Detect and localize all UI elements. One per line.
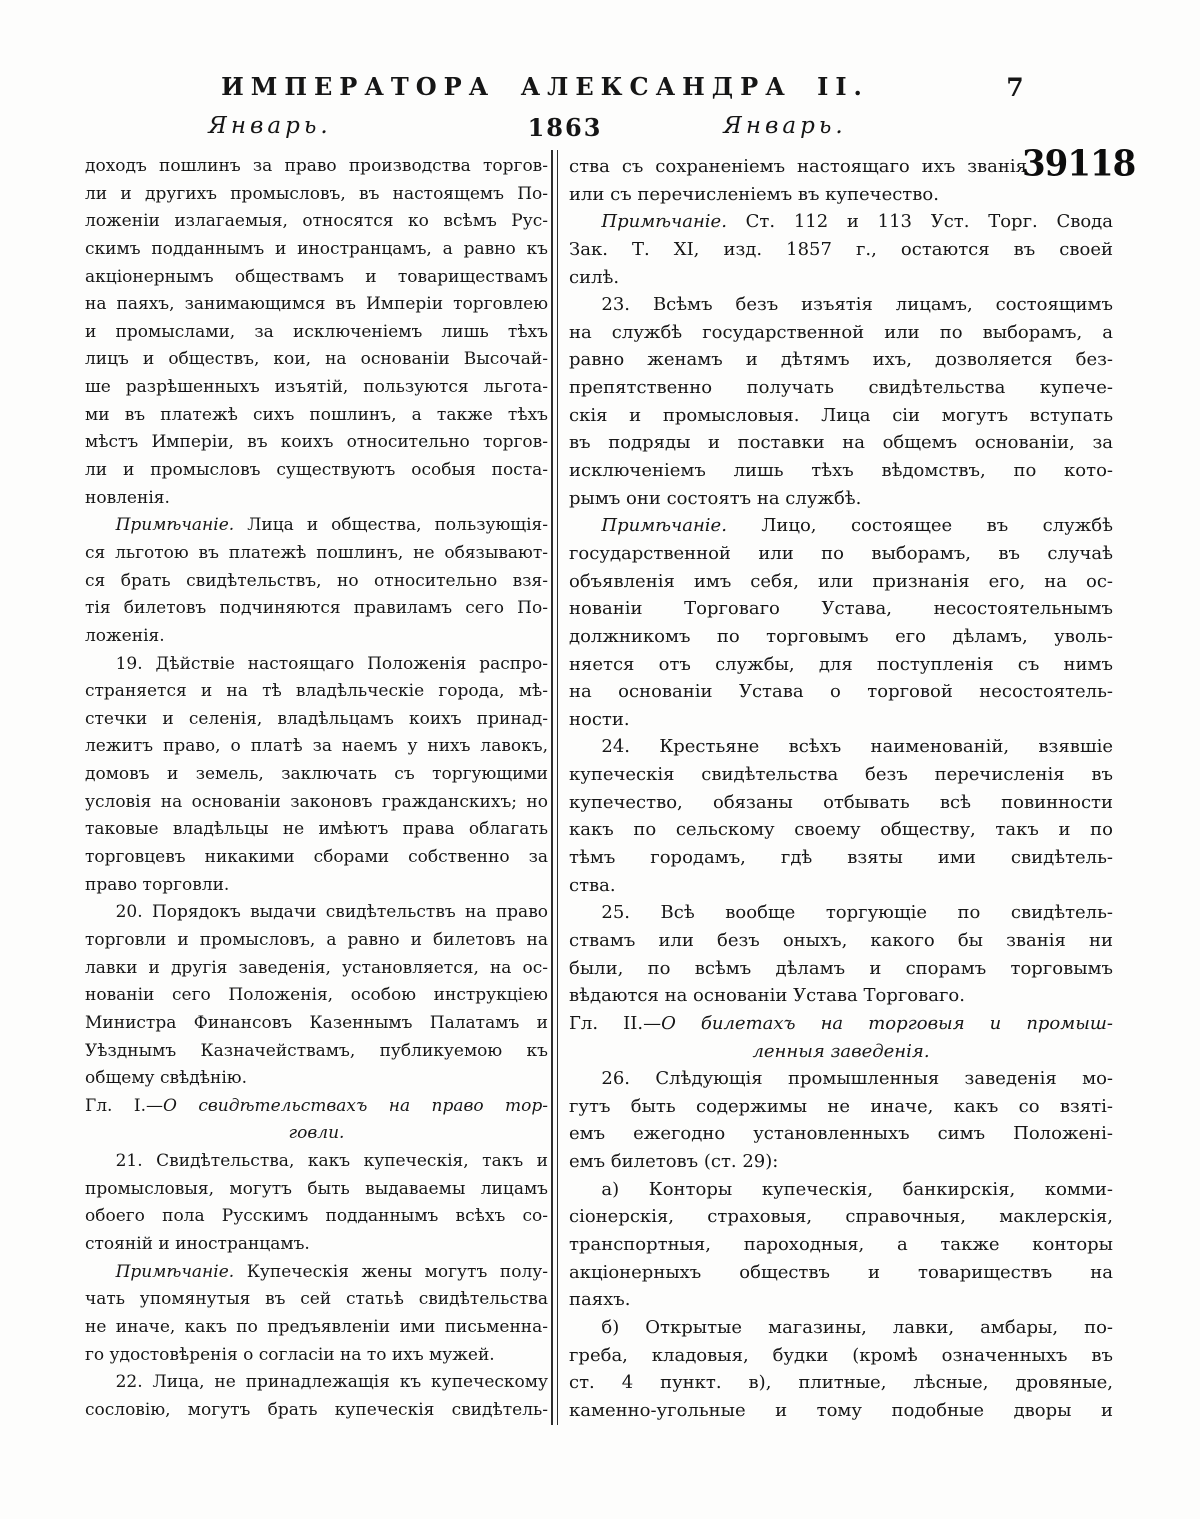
text-line: таковые владѣльцы не имѣютъ права облага… (85, 816, 548, 844)
right-column: ства съ сохраненіемъ настоящаго ихъ зван… (569, 153, 1113, 1424)
text-line: 24. Крестьяне всѣхъ наименованій, взявші… (569, 733, 1113, 761)
month-label-left: Январь. (185, 113, 355, 139)
text-line: акціонернымъ обществамъ и товариществамъ (85, 264, 548, 292)
month-label-right: Январь. (700, 113, 870, 139)
text-line: ся брать свидѣтельствъ, но относительно … (85, 568, 548, 596)
page-title: ИМПЕРАТОРА АЛЕКСАНДРА II. (60, 72, 1030, 101)
text-line: Примѣчаніе. Ст. 112 и 113 Уст. Торг. Сво… (569, 208, 1113, 236)
text-line: торговцевъ никакими сборами собственно з… (85, 844, 548, 872)
text-line: были, по всѣмъ дѣламъ и спорамъ торговым… (569, 955, 1113, 983)
text-line: ложенія. (85, 623, 548, 651)
text-line: ше разрѣшенныхъ изъятій, пользуются льго… (85, 374, 548, 402)
text-line: Примѣчаніе. Купеческія жены могутъ полу- (85, 1259, 548, 1287)
text-line: емъ ежегодно установленныхъ симъ Положен… (569, 1120, 1113, 1148)
page-number: 7 (990, 73, 1040, 102)
text-line: няется отъ службы, для поступленія съ ни… (569, 651, 1113, 679)
column-divider (551, 150, 558, 1425)
text-line: тѣмъ городамъ, гдѣ взяты ими свидѣтель- (569, 844, 1113, 872)
text-line: стечки и селенія, владѣльцамъ коихъ прин… (85, 706, 548, 734)
text-line: силѣ. (569, 264, 1113, 292)
text-line: какъ по сельскому своему обществу, такъ … (569, 816, 1113, 844)
text-line: нованіи сего Положенія, особою инструкці… (85, 982, 548, 1010)
text-line: объявленія имъ себя, или признанія его, … (569, 568, 1113, 596)
text-line: скія и промысловыя. Лица сіи могутъ всту… (569, 402, 1113, 430)
year-label: 1863 (505, 113, 625, 142)
text-line: препятственно получать свидѣтельства куп… (569, 374, 1113, 402)
text-line: исключеніемъ лишь тѣхъ вѣдомствъ, по кот… (569, 457, 1113, 485)
text-line: лицъ и обществъ, кои, на основаніи Высоч… (85, 346, 548, 374)
text-line: или съ перечисленіемъ въ купечество. (569, 181, 1113, 209)
text-line: на службѣ государственной или по выборам… (569, 319, 1113, 347)
text-line: лежитъ право, о платѣ за наемъ у нихъ ла… (85, 733, 548, 761)
text-line: купеческія свидѣтельства безъ перечислен… (569, 761, 1113, 789)
text-line: страняется и на тѣ владѣльческіе города,… (85, 678, 548, 706)
text-line: сіонерскія, страховыя, справочныя, макле… (569, 1203, 1113, 1231)
text-line: ности. (569, 706, 1113, 734)
text-line: греба, кладовыя, будки (кромѣ означенных… (569, 1342, 1113, 1370)
text-line: Гл. II.—О билетахъ на торговыя и промыш- (569, 1010, 1113, 1038)
text-line: стояній и иностранцамъ. (85, 1231, 548, 1259)
text-line: ми въ платежѣ сихъ пошлинъ, а также тѣхъ (85, 402, 548, 430)
text-line: нованіи Торговаго Устава, несостоятельны… (569, 595, 1113, 623)
text-line: 23. Всѣмъ безъ изъятія лицамъ, состоящим… (569, 291, 1113, 319)
text-line: право торговли. (85, 872, 548, 900)
text-line: тія билетовъ подчиняются правиламъ сего … (85, 595, 548, 623)
text-line: 21. Свидѣтельства, какъ купеческія, такъ… (85, 1148, 548, 1176)
scanned-page: ИМПЕРАТОРА АЛЕКСАНДРА II. 7 Январь. 1863… (0, 0, 1200, 1519)
text-line: промысловыя, могутъ быть выдаваемы лицам… (85, 1176, 548, 1204)
text-line: гутъ быть содержимы не иначе, какъ со вз… (569, 1093, 1113, 1121)
text-line: на паяхъ, занимающимся въ Имперіи торгов… (85, 291, 548, 319)
text-line: Зак. Т. XI, изд. 1857 г., остаются въ св… (569, 236, 1113, 264)
text-line: сословію, могутъ брать купеческія свидѣт… (85, 1397, 548, 1425)
text-line: акціонерныхъ обществъ и товариществъ на (569, 1259, 1113, 1287)
text-line: не иначе, какъ по предъявленіи ими письм… (85, 1314, 548, 1342)
text-line: ся льготою въ платежѣ пошлинъ, не обязыв… (85, 540, 548, 568)
text-line: б) Открытые магазины, лавки, амбары, по- (569, 1314, 1113, 1342)
text-line: 25. Всѣ вообще торгующіе по свидѣтель- (569, 899, 1113, 927)
text-line: а) Конторы купеческія, банкирскія, комми… (569, 1176, 1113, 1204)
text-line: ленныя заведенія. (569, 1038, 1113, 1066)
text-line: въ подряды и поставки на общемъ основані… (569, 429, 1113, 457)
text-line: равно женамъ и дѣтямъ ихъ, дозволяется б… (569, 346, 1113, 374)
text-line: го удостовѣренія о согласіи на то ихъ му… (85, 1342, 548, 1370)
text-line: общему свѣдѣнію. (85, 1065, 548, 1093)
text-line: Примѣчаніе. Лицо, состоящее въ службѣ (569, 512, 1113, 540)
text-line: доходъ пошлинъ за право производства тор… (85, 153, 548, 181)
text-line: рымъ они состоятъ на службѣ. (569, 485, 1113, 513)
text-line: домовъ и земель, заключать съ торгующими (85, 761, 548, 789)
text-line: чать упомянутыя въ сей статьѣ свидѣтельс… (85, 1286, 548, 1314)
text-line: государственной или по выборамъ, въ случ… (569, 540, 1113, 568)
text-line: 26. Слѣдующія промышленныя заведенія мо- (569, 1065, 1113, 1093)
text-line: купечество, обязаны отбывать всѣ повинно… (569, 789, 1113, 817)
text-line: вѣдаются на основаніи Устава Торговаго. (569, 982, 1113, 1010)
left-column: доходъ пошлинъ за право производства тор… (85, 153, 548, 1424)
text-line: Примѣчаніе. Лица и общества, пользующія- (85, 512, 548, 540)
text-line: торговли и промысловъ, а равно и билетов… (85, 927, 548, 955)
text-line: ства. (569, 872, 1113, 900)
text-line: условія на основаніи законовъ граждански… (85, 789, 548, 817)
text-line: ли и другихъ промысловъ, въ настоящемъ П… (85, 181, 548, 209)
text-line: новленія. (85, 485, 548, 513)
text-line: ствамъ или безъ оныхъ, какого бы званія … (569, 927, 1113, 955)
text-line: мѣстъ Имперіи, въ коихъ относительно тор… (85, 429, 548, 457)
text-line: паяхъ. (569, 1286, 1113, 1314)
text-line: 19. Дѣйствіе настоящаго Положенія распро… (85, 651, 548, 679)
text-line: 22. Лица, не принадлежащія къ купеческом… (85, 1369, 548, 1397)
text-line: на основаніи Устава о торговой несостоят… (569, 678, 1113, 706)
text-line: скимъ подданнымъ и иностранцамъ, а равно… (85, 236, 548, 264)
text-line: транспортныя, пароходныя, а также контор… (569, 1231, 1113, 1259)
text-line: лавки и другія заведенія, установляется,… (85, 955, 548, 983)
text-line: Уѣзднымъ Казначействамъ, публикуемою къ (85, 1038, 548, 1066)
text-line: ст. 4 пункт. в), плитные, лѣсные, дровян… (569, 1369, 1113, 1397)
text-line: обоего пола Русскимъ подданнымъ всѣхъ со… (85, 1203, 548, 1231)
text-line: говли. (85, 1120, 548, 1148)
text-line: 20. Порядокъ выдачи свидѣтельствъ на пра… (85, 899, 548, 927)
text-line: ли и промысловъ существуютъ особыя поста… (85, 457, 548, 485)
text-line: ложеніи излагаемыя, относятся ко всѣмъ Р… (85, 208, 548, 236)
text-line: и промыслами, за исключеніемъ лишь тѣхъ (85, 319, 548, 347)
text-line: Министра Финансовъ Казеннымъ Палатамъ и (85, 1010, 548, 1038)
text-line: Гл. I.—О свидѣтельствахъ на право тор- (85, 1093, 548, 1121)
text-line: должникомъ по торговымъ его дѣламъ, увол… (569, 623, 1113, 651)
text-line: ства съ сохраненіемъ настоящаго ихъ зван… (569, 153, 1113, 181)
text-line: емъ билетовъ (ст. 29): (569, 1148, 1113, 1176)
text-line: каменно-угольные и тому подобные дворы и (569, 1397, 1113, 1425)
